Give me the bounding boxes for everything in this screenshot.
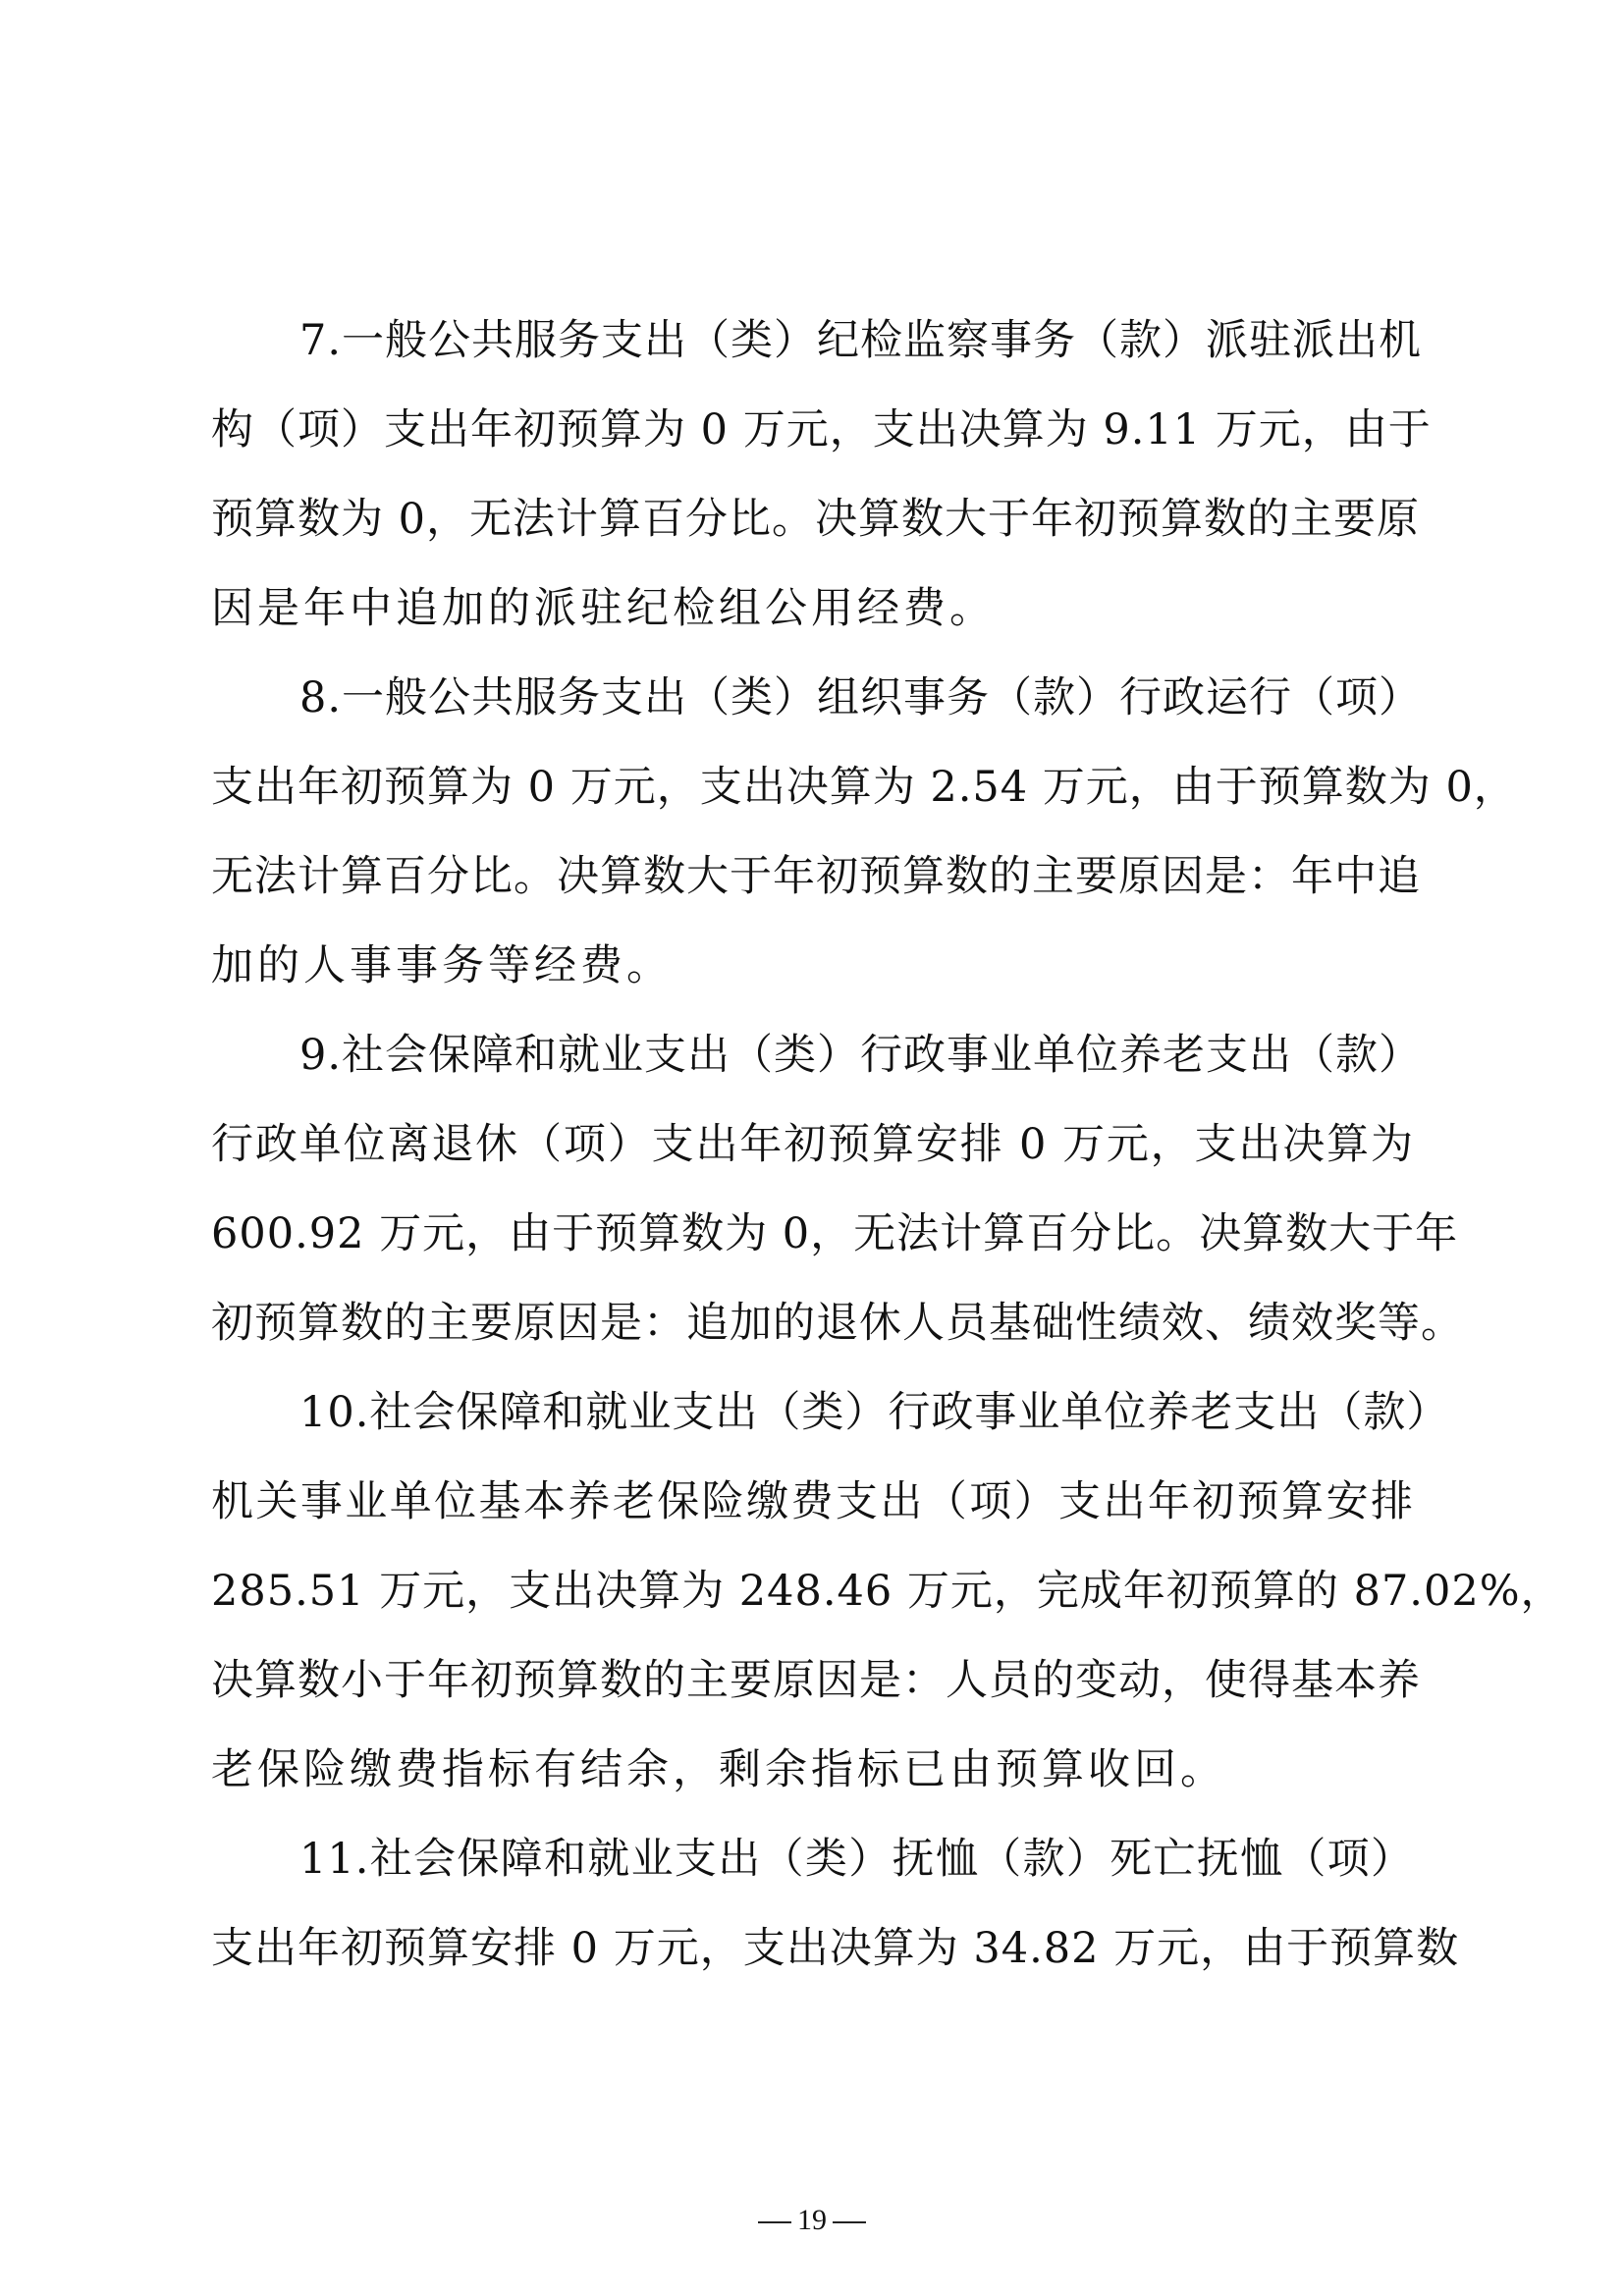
paragraph-line: 9.社会保障和就业支出（类）行政事业单位养老支出（款） <box>211 1011 1414 1100</box>
paragraph-line: 决算数小于年初预算数的主要原因是：人员的变动，使得基本养 <box>211 1636 1414 1726</box>
paragraph-line: 无法计算百分比。决算数大于年初预算数的主要原因是：年中追 <box>211 832 1414 922</box>
paragraph-line: 7.一般公共服务支出（类）纪检监察事务（款）派驻派出机 <box>211 296 1414 386</box>
document-page: 7.一般公共服务支出（类）纪检监察事务（款）派驻派出机 构（项）支出年初预算为 … <box>0 0 1624 2296</box>
paragraph-line: 11.社会保障和就业支出（类）抚恤（款）死亡抚恤（项） <box>211 1815 1414 1904</box>
paragraph-line: 8.一般公共服务支出（类）组织事务（款）行政运行（项） <box>211 654 1414 743</box>
page-number-dash-left <box>758 2221 791 2223</box>
paragraph-line: 机关事业单位基本养老保险缴费支出（项）支出年初预算安排 <box>211 1458 1414 1547</box>
page-number-dash-right <box>833 2221 866 2223</box>
paragraph-10: 10.社会保障和就业支出（类）行政事业单位养老支出（款） 机关事业单位基本养老保… <box>211 1368 1414 1815</box>
paragraph-7: 7.一般公共服务支出（类）纪检监察事务（款）派驻派出机 构（项）支出年初预算为 … <box>211 296 1414 654</box>
page-number-value: 19 <box>797 2204 827 2236</box>
paragraph-line: 加的人事事务等经费。 <box>211 922 1414 1011</box>
paragraph-line: 600.92 万元，由于预算数为 0，无法计算百分比。决算数大于年 <box>211 1190 1414 1279</box>
paragraph-line: 老保险缴费指标有结余，剩余指标已由预算收回。 <box>211 1726 1414 1815</box>
paragraph-line: 支出年初预算安排 0 万元，支出决算为 34.82 万元，由于预算数 <box>211 1904 1414 1994</box>
page-number: 19 <box>0 2201 1624 2240</box>
paragraph-line: 支出年初预算为 0 万元，支出决算为 2.54 万元，由于预算数为 0， <box>211 743 1414 832</box>
paragraph-line: 初预算数的主要原因是：追加的退休人员基础性绩效、绩效奖等。 <box>211 1279 1414 1368</box>
paragraph-11: 11.社会保障和就业支出（类）抚恤（款）死亡抚恤（项） 支出年初预算安排 0 万… <box>211 1815 1414 1994</box>
paragraph-9: 9.社会保障和就业支出（类）行政事业单位养老支出（款） 行政单位离退休（项）支出… <box>211 1011 1414 1368</box>
paragraph-line: 构（项）支出年初预算为 0 万元，支出决算为 9.11 万元，由于 <box>211 386 1414 475</box>
paragraph-line: 10.社会保障和就业支出（类）行政事业单位养老支出（款） <box>211 1368 1414 1458</box>
paragraph-line: 行政单位离退休（项）支出年初预算安排 0 万元，支出决算为 <box>211 1100 1414 1190</box>
body-text: 7.一般公共服务支出（类）纪检监察事务（款）派驻派出机 构（项）支出年初预算为 … <box>211 296 1414 1994</box>
paragraph-line: 预算数为 0，无法计算百分比。决算数大于年初预算数的主要原 <box>211 475 1414 564</box>
paragraph-8: 8.一般公共服务支出（类）组织事务（款）行政运行（项） 支出年初预算为 0 万元… <box>211 654 1414 1011</box>
paragraph-line: 因是年中追加的派驻纪检组公用经费。 <box>211 564 1414 654</box>
paragraph-line: 285.51 万元，支出决算为 248.46 万元，完成年初预算的 87.02%… <box>211 1547 1414 1636</box>
